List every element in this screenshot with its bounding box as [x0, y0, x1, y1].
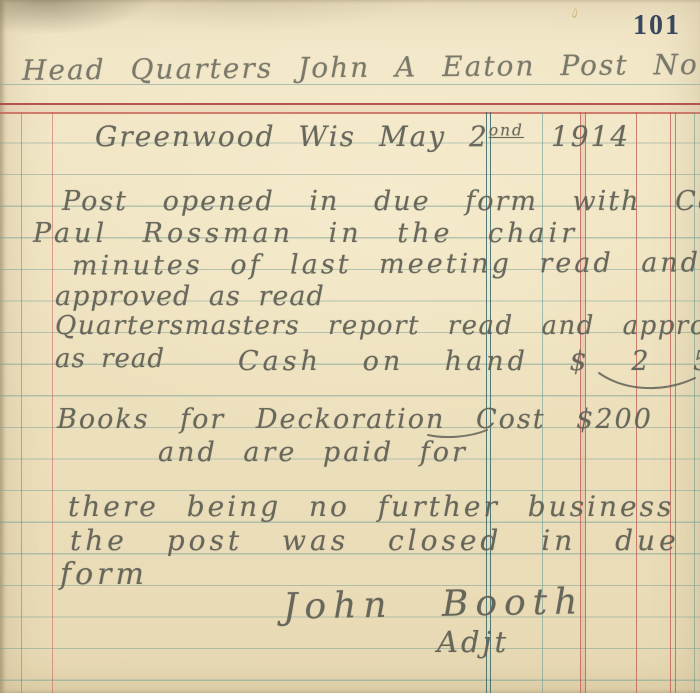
- left-margin-rule-2: [52, 112, 53, 693]
- body-line-approved: approved as read: [55, 281, 325, 312]
- dateline: Greenwood Wis May 2ond1914: [95, 120, 630, 153]
- body-line-minutes: minutes of last meeting read and: [72, 247, 700, 281]
- signature-name: John Booth: [283, 581, 585, 627]
- top-red-double-rule: [0, 103, 700, 114]
- body-line-quartermasters: Quartersmasters report read and approved: [55, 311, 700, 341]
- body-line-paid-for: and are paid for: [158, 437, 468, 468]
- body-line-no-further-business: there being no further business: [68, 490, 674, 523]
- header-line: Head Quarters John A Eaton Post No 213 G…: [22, 46, 700, 87]
- ledger-page: 101 ᭣ Head Quarters John A Eaton Post No…: [0, 0, 700, 693]
- dateline-place-date: Greenwood Wis May 2: [95, 120, 489, 153]
- page-number: 101: [633, 10, 681, 42]
- dateline-year: 1914: [551, 120, 630, 153]
- stray-ink-smudge-icon: ᭣: [567, 0, 584, 31]
- body-line-post-closed: the post was closed in due: [70, 524, 680, 557]
- body-line-form: form: [60, 557, 148, 592]
- signature-title: Adjt: [437, 625, 509, 659]
- body-line-books: Books for Deckoration Cost $200: [57, 404, 653, 435]
- body-line-paul-rossman: Paul Rossman in the chair: [33, 218, 578, 249]
- left-margin-rule-1: [21, 112, 22, 693]
- dateline-ordinal: ond: [489, 122, 524, 140]
- cost-amount-underline-flourish: [426, 426, 490, 440]
- body-line-post-opened: Post opened in due form with Comander: [62, 186, 700, 217]
- body-line-as-read: as read: [55, 344, 165, 374]
- cash-amount-underline-flourish: [595, 368, 700, 394]
